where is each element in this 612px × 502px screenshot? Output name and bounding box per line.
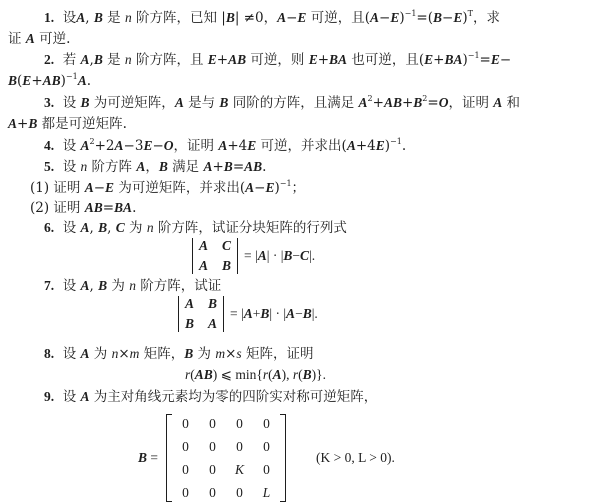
matrix-cell: 0 (172, 483, 199, 502)
math: A (26, 31, 35, 46)
math: BA (114, 200, 132, 215)
math: B (219, 95, 228, 110)
problem-number: 9. (44, 389, 54, 404)
problem-number: 8. (44, 346, 54, 361)
math: n (125, 52, 132, 67)
det-grid: A B B A (179, 296, 223, 332)
math: A (347, 138, 356, 153)
matrix-cell: 0 (253, 437, 280, 456)
math: B (413, 95, 422, 110)
math: AB (85, 200, 103, 215)
det-cell: C (222, 238, 231, 254)
math: O (439, 95, 449, 110)
problem-3-line-2: A+B 都是可逆矩阵. (8, 115, 127, 133)
matrix-cell: 0 (199, 483, 226, 502)
math: E (22, 73, 31, 88)
math: A (81, 220, 90, 235)
problem-number: 3. (44, 95, 54, 110)
math: B (94, 52, 103, 67)
problem-number: 6. (44, 220, 54, 235)
math: A (370, 10, 379, 25)
matrix-lhs: B = (138, 450, 158, 466)
matrix-cell: 0 (172, 414, 199, 433)
problem-2-line-1: 2. 若 A,B 是 n 阶方阵，且 E+AB 可逆，则 E+BA 也可逆，且(… (44, 51, 511, 69)
math: A (175, 95, 184, 110)
math: n (81, 159, 88, 174)
problem-7-line-1: 7. 设 A, B 为 n 阶方阵，试证 (44, 277, 221, 295)
matrix-cell: 0 (199, 460, 226, 479)
matrix-condition: (K > 0, L > 0). (316, 450, 395, 466)
det-bar-right (237, 238, 238, 274)
math: B (8, 73, 17, 88)
math: BA (329, 52, 347, 67)
math: AB (43, 73, 61, 88)
problem-1-line-1: 1. 设A, B 是 n 阶方阵，已知 |B| ≠0，A−E 可逆，且(A−E)… (44, 9, 500, 27)
problem-2-line-2: B(E+AB)−1A. (8, 72, 91, 90)
problem-4-line-1: 4. 设 A2+2A−3E−O，证明 A+4E 可逆，并求出(A+4E)−1. (44, 137, 406, 155)
math: B (224, 159, 233, 174)
math: E (453, 10, 462, 25)
math: A (136, 159, 145, 174)
math: E (247, 138, 256, 153)
problem-9-line-1: 9. 设 A 为主对角线元素均为零的四阶实对称可逆矩阵， (44, 388, 377, 406)
problem-number: 5. (44, 159, 54, 174)
problem-5-part-1: (1) 证明 A−E 为可逆矩阵，并求出(A−E)−1； (30, 179, 305, 197)
matrix-cell: 0 (172, 437, 199, 456)
math: A (81, 346, 90, 361)
math: n (112, 346, 119, 361)
math: B (433, 10, 442, 25)
math: A (85, 180, 94, 195)
math: A (203, 159, 212, 174)
problem-number: 1. (44, 10, 54, 25)
matrix-cell: 0 (199, 414, 226, 433)
problem-5-line-1: 5. 设 n 阶方阵 A，B 满足 A+B=AB. (44, 158, 266, 176)
math: A (81, 278, 90, 293)
matrix-cell: K (226, 460, 253, 479)
det-cell: A (199, 258, 208, 274)
math: E (491, 52, 500, 67)
det-grid: A C A B (193, 238, 237, 274)
matrix-cell: 0 (199, 437, 226, 456)
matrix-cell: 0 (226, 483, 253, 502)
math: n (129, 278, 136, 293)
problem-6-determinant: A C A B = |A| · |B−C|. (192, 238, 315, 274)
math: A (245, 180, 254, 195)
math: B (28, 116, 37, 131)
math: E (105, 180, 114, 195)
math: B (81, 95, 90, 110)
math: C (116, 220, 125, 235)
det-rhs: = |A| · |B−C|. (244, 248, 315, 264)
text: 设 (58, 10, 76, 26)
math: BA (444, 52, 462, 67)
det-bar-right (223, 296, 224, 332)
math: n (125, 10, 132, 25)
math: A (115, 138, 124, 153)
matrix-cell: 0 (226, 414, 253, 433)
problem-5-part-2: (2) 证明 AB=BA. (30, 199, 136, 217)
math: E (265, 180, 274, 195)
problem-number: 7. (44, 278, 54, 293)
math: B (98, 220, 107, 235)
math: E (376, 138, 385, 153)
math: E (297, 10, 306, 25)
math: E (143, 138, 152, 153)
math: A (493, 95, 502, 110)
math: m (215, 346, 225, 361)
matrix-grid: 0 0 0 0 0 0 0 0 0 0 K 0 0 0 0 L (172, 414, 280, 502)
problem-1-line-2: 证 A 可逆. (8, 30, 70, 48)
math: n (147, 220, 154, 235)
problem-number: 4. (44, 138, 54, 153)
problem-7-determinant: A B B A = |A+B| · |A−B|. (178, 296, 318, 332)
math: AB (244, 159, 262, 174)
math: A (76, 10, 85, 25)
det-cell: B (208, 296, 217, 312)
math: A (78, 73, 87, 88)
problem-6-line-1: 6. 设 A, B, C 为 n 阶方阵，试证分块矩阵的行列式 (44, 219, 347, 237)
problem-number: 2. (44, 52, 54, 67)
problem-8-line-1: 8. 设 A 为 n×m 矩阵，B 为 m×s 矩阵，证明 (44, 345, 313, 363)
math: A (277, 10, 286, 25)
math: A (81, 389, 90, 404)
bracket-right (280, 414, 286, 502)
math: B (98, 278, 107, 293)
math: s (236, 346, 241, 361)
math: B (94, 10, 103, 25)
matrix-cell: 0 (172, 460, 199, 479)
math: m (130, 346, 140, 361)
math: A (218, 138, 227, 153)
matrix-cell: 0 (226, 437, 253, 456)
matrix-cell: L (253, 483, 280, 502)
det-cell: A (208, 316, 217, 332)
problem-9-matrix: B = 0 0 0 0 0 0 0 0 0 0 K 0 0 0 0 L (K >… (138, 414, 395, 502)
math: O (164, 138, 174, 153)
math: AB (228, 52, 246, 67)
det-cell: B (222, 258, 231, 274)
math: A (359, 95, 368, 110)
matrix-cell: 0 (253, 414, 280, 433)
math: A (8, 116, 17, 131)
problem-3-line-1: 3. 设 B 为可逆矩阵，A 是与 B 同阶的方阵，且满足 A2+AB+B2=O… (44, 94, 520, 112)
math: B (184, 346, 193, 361)
math: E (309, 52, 318, 67)
det-cell: B (185, 316, 194, 332)
math: B (226, 10, 235, 25)
math: E (424, 52, 433, 67)
math: B (159, 159, 168, 174)
math: A (81, 52, 90, 67)
det-rhs: = |A+B| · |A−B|. (230, 306, 318, 322)
det-cell: A (199, 238, 208, 254)
matrix-cell: 0 (253, 460, 280, 479)
math: E (390, 10, 399, 25)
math: E (208, 52, 217, 67)
det-cell: A (185, 296, 194, 312)
math: A (81, 138, 90, 153)
problem-8-formula: r(AB) ⩽ min{r(A), r(B)}. (185, 366, 326, 384)
math: AB (384, 95, 402, 110)
